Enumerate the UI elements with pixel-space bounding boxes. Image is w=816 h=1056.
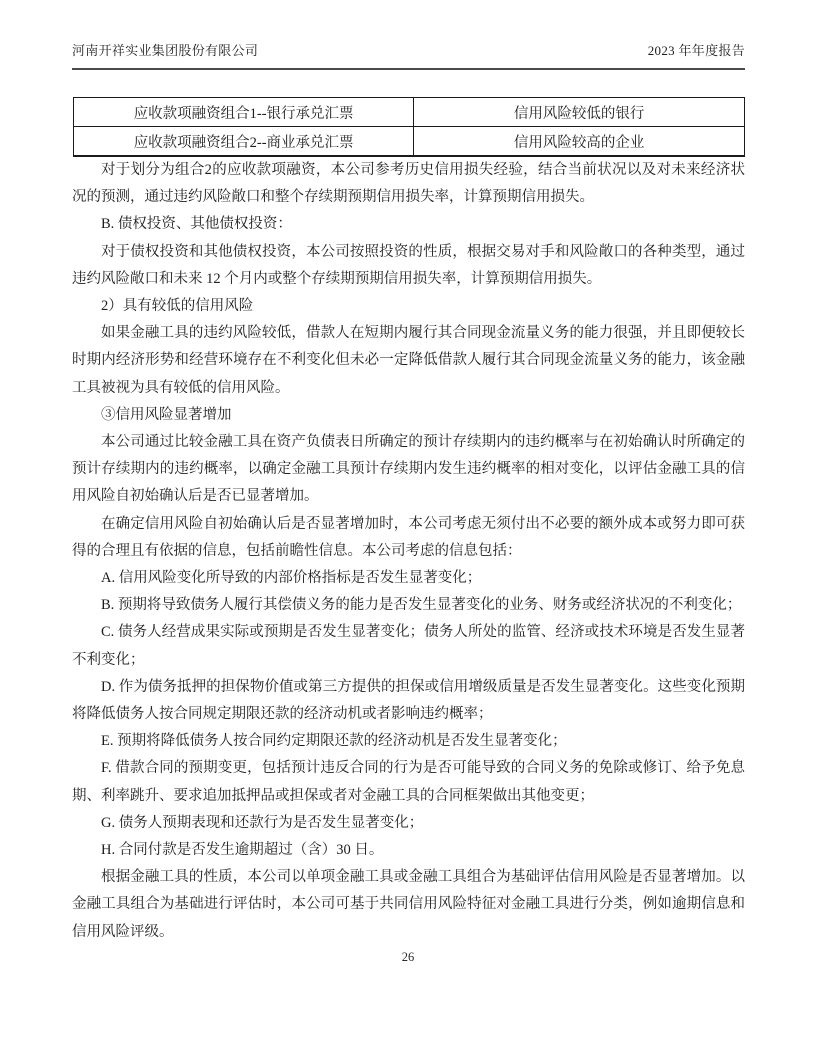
body-paragraph: 2）具有较低的信用风险 xyxy=(72,293,745,320)
body-paragraph: F. 借款合同的预期变更，包括预计违反合同的行为是否可能导致的合同义务的免除或修… xyxy=(72,755,745,809)
body-paragraph: 如果金融工具的违约风险较低，借款人在短期内履行其合同现金流量义务的能力很强，并且… xyxy=(72,320,745,402)
body-paragraph: 在确定信用风险自初始确认后是否显著增加时，本公司考虑无须付出不必要的额外成本或努… xyxy=(72,511,745,565)
table-row: 应收款项融资组合2--商业承兑汇票 信用风险较高的企业 xyxy=(74,127,745,157)
body-paragraph: B. 债权投资、其他债权投资： xyxy=(72,211,745,238)
body-paragraph: H. 合同付款是否发生逾期超过（含）30 日。 xyxy=(72,837,745,864)
document-page: 河南开祥实业集团股份有限公司 2023 年年度报告 应收款项融资组合1--银行承… xyxy=(0,0,816,1056)
credit-risk-basis-cell: 信用风险较高的企业 xyxy=(414,127,745,157)
body-paragraph: ③信用风险显著增加 xyxy=(72,402,745,429)
body-paragraph: B. 预期将导致债务人履行其偿债义务的能力是否发生显著变化的业务、财务或经济状况… xyxy=(72,592,745,619)
receivables-financing-portfolio-table: 应收款项融资组合1--银行承兑汇票 信用风险较低的银行 应收款项融资组合2--商… xyxy=(73,97,745,157)
body-paragraph: G. 债务人预期表现和还款行为是否发生显著变化； xyxy=(72,810,745,837)
page-footer: 26 xyxy=(0,950,816,965)
body-paragraph: C. 债务人经营成果实际或预期是否发生显著变化；债务人所处的监管、经济或技术环境… xyxy=(72,619,745,673)
page-number: 26 xyxy=(402,950,415,964)
portfolio-table-body: 应收款项融资组合1--银行承兑汇票 信用风险较低的银行 应收款项融资组合2--商… xyxy=(74,98,745,157)
body-paragraph: 本公司通过比较金融工具在资产负债表日所确定的预计存续期内的违约概率与在初始确认时… xyxy=(72,429,745,511)
body-paragraph: D. 作为债务抵押的担保物价值或第三方提供的担保或信用增级质量是否发生显著变化。… xyxy=(72,674,745,728)
body-paragraph: 根据金融工具的性质，本公司以单项金融工具或金融工具组合为基础评估信用风险是否显著… xyxy=(72,864,745,946)
body-paragraph: 对于债权投资和其他债权投资，本公司按照投资的性质，根据交易对手和风险敞口的各种类… xyxy=(72,239,745,293)
portfolio-name-cell: 应收款项融资组合1--银行承兑汇票 xyxy=(74,98,414,127)
header-report-title: 2023 年年度报告 xyxy=(648,40,745,59)
credit-risk-basis-cell: 信用风险较低的银行 xyxy=(414,98,745,127)
portfolio-name-cell: 应收款项融资组合2--商业承兑汇票 xyxy=(74,127,414,157)
body-text: 对于划分为组合2的应收款项融资，本公司参考历史信用损失经验，结合当前状况以及对未… xyxy=(72,157,745,946)
body-paragraph: 对于划分为组合2的应收款项融资，本公司参考历史信用损失经验，结合当前状况以及对未… xyxy=(72,157,745,211)
body-paragraph: E. 预期将降低债务人按合同约定期限还款的经济动机是否发生显著变化； xyxy=(72,728,745,755)
header-company-name: 河南开祥实业集团股份有限公司 xyxy=(72,40,258,59)
body-paragraph: A. 信用风险变化所导致的内部价格指标是否发生显著变化； xyxy=(72,565,745,592)
page-header: 河南开祥实业集团股份有限公司 2023 年年度报告 xyxy=(72,40,745,70)
table-row: 应收款项融资组合1--银行承兑汇票 信用风险较低的银行 xyxy=(74,98,745,127)
